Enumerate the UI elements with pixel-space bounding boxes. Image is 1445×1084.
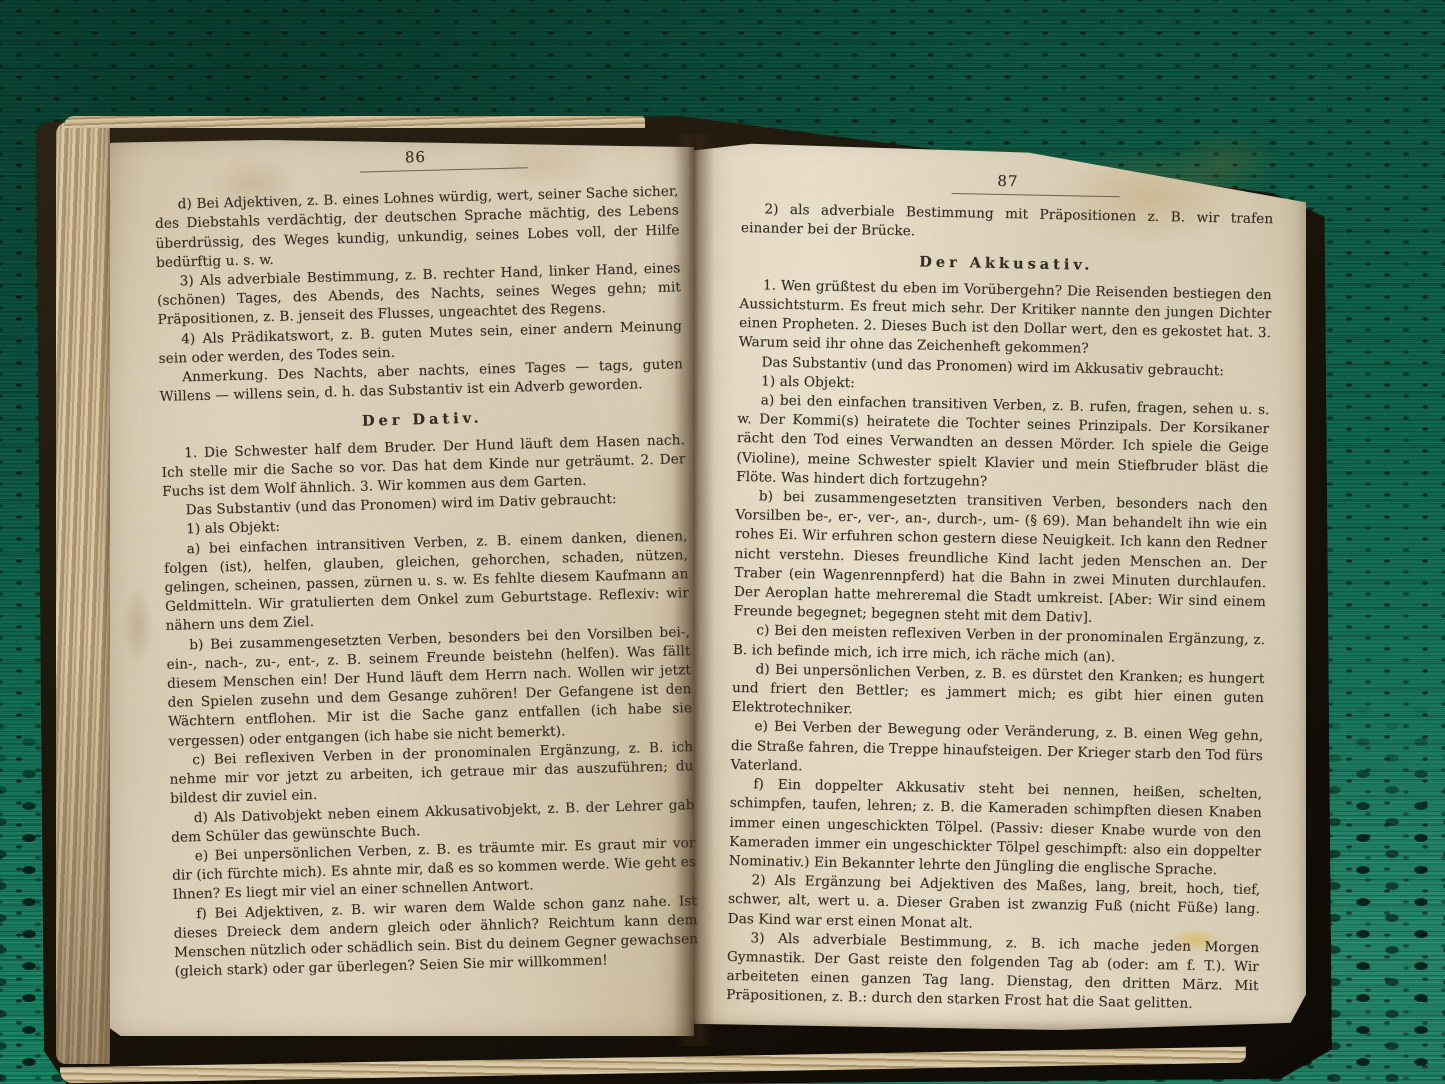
page-number: 86 bbox=[405, 148, 427, 167]
paragraph: e) Bei Verben der Bewegung oder Veränder… bbox=[730, 717, 1263, 785]
paragraph: d) Bei unpersönlichen Verben, z. B. es d… bbox=[732, 660, 1265, 728]
paragraph: b) Bei zusammengesetzten Verben, besonde… bbox=[166, 623, 693, 752]
paragraph: d) Bei Adjektiven, z. B. eines Lohnes wü… bbox=[154, 182, 680, 273]
paragraph: a) bei einfachen intransitiven Verben, z… bbox=[163, 527, 689, 637]
paragraph: 1. Wen grüßtest du eben im Vorübergehn? … bbox=[739, 276, 1272, 363]
page-number-rule bbox=[952, 193, 1120, 197]
section-heading-akkusativ: Der Akkusativ. bbox=[740, 249, 1272, 278]
paragraph: f) Ein doppelter Akkusativ steht bei nen… bbox=[729, 775, 1263, 881]
right-page-text: 87 2) als adverbiale Bestimmung mit Präp… bbox=[726, 167, 1274, 1016]
paragraph: a) bei den einfachen transitiven Verben,… bbox=[736, 391, 1270, 497]
paragraph: f) Bei Adjektiven, z. B. wir waren dem W… bbox=[173, 892, 699, 983]
open-book: 86 d) Bei Adjektiven, z. B. eines Lohnes… bbox=[56, 116, 1318, 1066]
paragraph: 2) Als Ergänzung bei Adjektiven des Maße… bbox=[727, 871, 1260, 939]
book-photo-scene: 86 d) Bei Adjektiven, z. B. eines Lohnes… bbox=[0, 0, 1445, 1084]
page-stain bbox=[122, 586, 154, 666]
top-page-edge-stack bbox=[64, 116, 645, 128]
section-heading-dativ: Der Dativ. bbox=[160, 404, 684, 437]
left-page-edge-stack bbox=[56, 122, 110, 1064]
paragraph: b) bei zusammengesetzten transitiven Ver… bbox=[733, 487, 1267, 632]
paragraph: 2) als adverbiale Bestimmung mit Präposi… bbox=[741, 200, 1274, 249]
left-page-text: 86 d) Bei Adjektiven, z. B. eines Lohnes… bbox=[153, 141, 698, 982]
page-number: 87 bbox=[997, 172, 1018, 190]
paragraph: 3) Als adverbiale Bestimmung, z. B. ich … bbox=[726, 929, 1259, 1016]
page-number-rule bbox=[360, 167, 528, 172]
